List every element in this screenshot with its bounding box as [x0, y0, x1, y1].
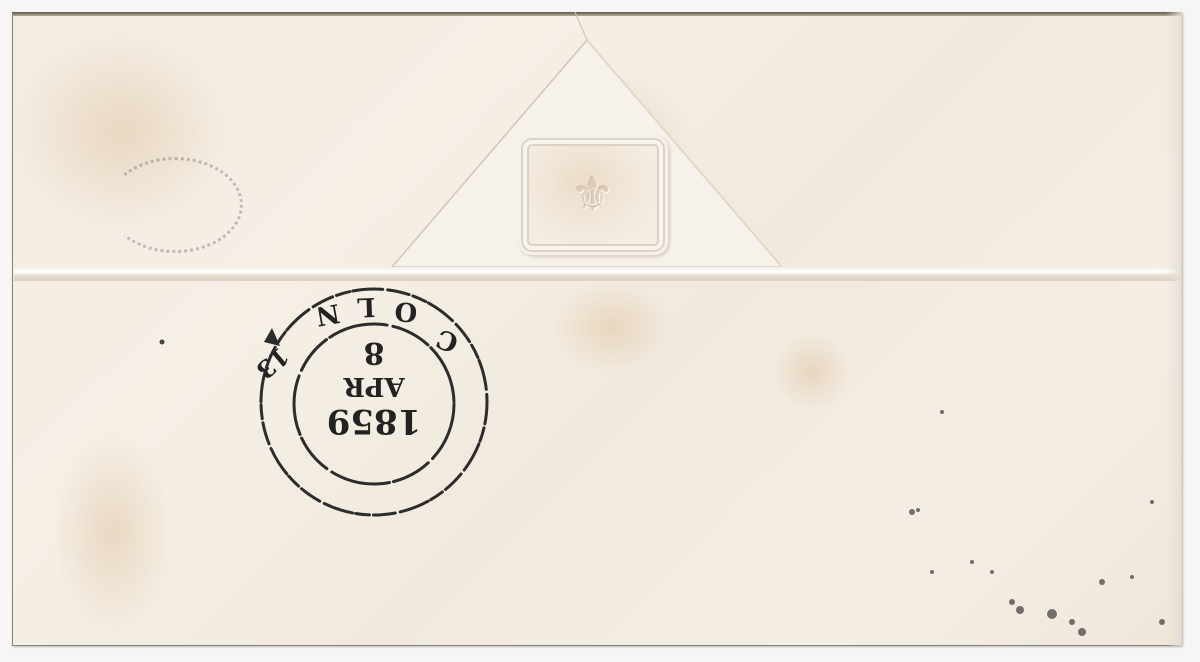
postmark-town-l: L [356, 291, 375, 322]
embossed-seal: ⚜ [518, 135, 668, 255]
ink-speckles [152, 332, 192, 362]
age-stain [52, 432, 172, 632]
crest-icon: ⚜ [556, 159, 630, 231]
offset-postmark-ghost [107, 157, 243, 253]
date-postmark: 1859 APR 8 C O L N 13 [250, 276, 500, 526]
fold-crease [14, 267, 1180, 281]
postmark-year: 1859 [327, 401, 422, 441]
postmark-town-o: O [393, 295, 418, 327]
age-stain [772, 332, 852, 412]
postmark-town-n: N [313, 297, 342, 331]
postmark-day: 8 [364, 335, 385, 370]
letter-sheet: ⚜ 1859 APR 8 C O L N 13 [12, 12, 1182, 646]
ink-speckles [872, 382, 1182, 646]
postmark-month: APR [343, 371, 406, 401]
postmark-time: 13 [251, 341, 295, 385]
age-stain [552, 282, 672, 372]
